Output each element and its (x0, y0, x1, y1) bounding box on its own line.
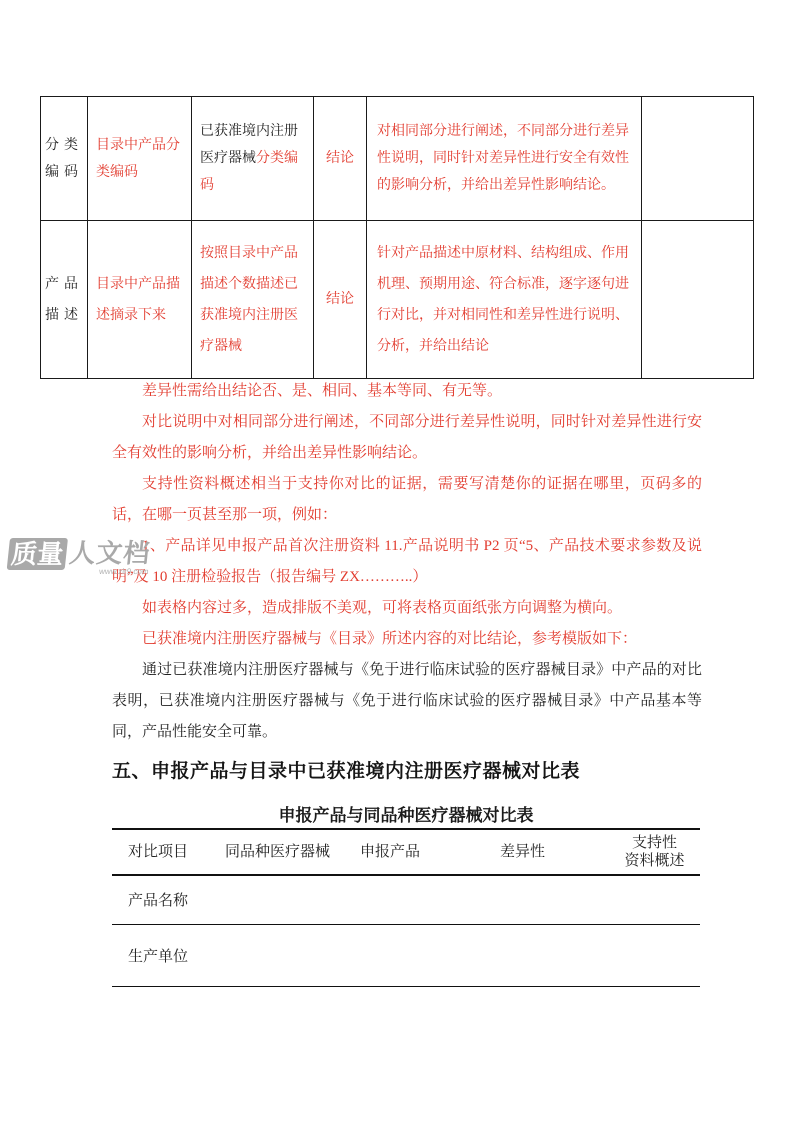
comparison-table-header-row: 对比项目 同品种医疗器械 申报产品 差异性 支持性 资料概述 (112, 829, 700, 875)
cell-difference-note: 对相同部分进行阐述，不同部分进行差异性说明，同时针对差异性进行安全有效性的影响分… (367, 97, 642, 221)
annotation-notes: 差异性需给出结论否、是、相同、基本等同、有无等。 对比说明中对相同部分进行阐述，… (112, 376, 702, 748)
cell-registered-device: 已获准境内注册医疗器械分类编码 (192, 97, 314, 221)
cell-empty (209, 875, 344, 924)
table-row-manufacturer: 生产单位 (112, 924, 700, 986)
cell-empty (209, 924, 344, 986)
header-support-summary: 支持性 资料概述 (609, 829, 700, 875)
header-compare-item: 对比项目 (112, 829, 209, 875)
cell-catalog-excerpt: 目录中产品分类编码 (88, 97, 192, 221)
header-difference: 差异性 (484, 829, 609, 875)
cell-registered-device: 按照目录中产品描述个数描述已获准境内注册医疗器械 (192, 221, 314, 379)
header-similar-device: 同品种医疗器械 (209, 829, 344, 875)
cell-empty (344, 875, 484, 924)
cell-conclusion: 结论 (314, 221, 367, 379)
cell-empty (484, 875, 609, 924)
header-declared-product: 申报产品 (344, 829, 484, 875)
cell-support-empty (642, 97, 754, 221)
guidance-table: 分类编码 目录中产品分类编码 已获准境内注册医疗器械分类编码 结论 对相同部分进… (40, 96, 754, 379)
note-paragraph: 已获准境内注册医疗器械与《目录》所述内容的对比结论，参考模版如下： (112, 624, 702, 655)
bottom-table-title: 申报产品与同品种医疗器械对比表 (112, 801, 700, 826)
section-heading: 五、申报产品与目录中已获准境内注册医疗器械对比表 (112, 756, 732, 783)
table-row-classification-code: 分类编码 目录中产品分类编码 已获准境内注册医疗器械分类编码 结论 对相同部分进… (41, 97, 754, 221)
comparison-table: 对比项目 同品种医疗器械 申报产品 差异性 支持性 资料概述 产品名称 生产单位 (112, 828, 700, 987)
cell-empty (344, 924, 484, 986)
cell-empty (609, 924, 700, 986)
row-label: 产品名称 (112, 875, 209, 924)
document-page: 分类编码 目录中产品分类编码 已获准境内注册医疗器械分类编码 结论 对相同部分进… (0, 0, 793, 1122)
cell-empty (484, 924, 609, 986)
note-paragraph: 1、产品详见申报产品首次注册资料 11.产品说明书 P2 页“5、产品技术要求参… (112, 531, 702, 593)
cell-conclusion: 结论 (314, 97, 367, 221)
cell-item-label: 分类编码 (41, 97, 88, 221)
note-paragraph: 通过已获准境内注册医疗器械与《免于进行临床试验的医疗器械目录》中产品的对比表明，… (112, 655, 702, 748)
note-paragraph: 支持性资料概述相当于支持你对比的证据，需要写清楚你的证据在哪里，页码多的话，在哪… (112, 469, 702, 531)
cell-item-label: 产品描述 (41, 221, 88, 379)
cell-empty (609, 875, 700, 924)
cell-difference-note: 针对产品描述中原材料、结构组成、作用机理、预期用途、符合标准，逐字逐句进行对比，… (367, 221, 642, 379)
note-paragraph: 差异性需给出结论否、是、相同、基本等同、有无等。 (112, 376, 702, 407)
table-row-product-name: 产品名称 (112, 875, 700, 924)
cell-catalog-excerpt: 目录中产品描述摘录下来 (88, 221, 192, 379)
table-row-product-description: 产品描述 目录中产品描述摘录下来 按照目录中产品描述个数描述已获准境内注册医疗器… (41, 221, 754, 379)
note-paragraph: 如表格内容过多，造成排版不美观，可将表格页面纸张方向调整为横向。 (112, 593, 702, 624)
row-label: 生产单位 (112, 924, 209, 986)
cell-support-empty (642, 221, 754, 379)
watermark-badge: 质量 (7, 538, 68, 570)
note-paragraph: 对比说明中对相同部分进行阐述，不同部分进行差异性说明，同时针对差异性进行安全有效… (112, 407, 702, 469)
